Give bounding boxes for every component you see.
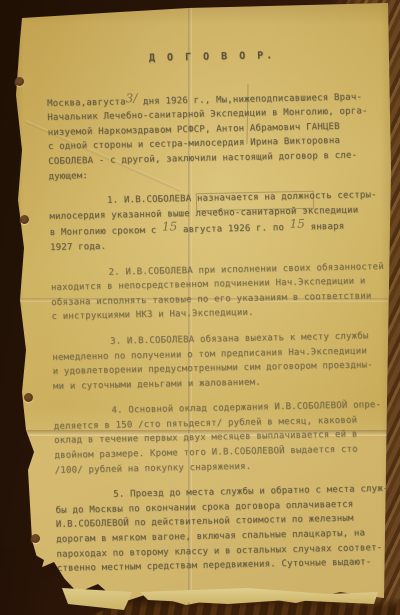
typed-text: января [305,222,345,233]
typed-text: в Монголию сроком с [50,226,163,238]
typed-line: И.В.СОБОЛЕВОЙ по действительной стоимост… [56,511,388,533]
typed-line: Москва,августа3/ дня 1926 г., Мы,нижепод… [47,88,379,112]
typed-line: СОБОЛЕВА - с другой, заключили настоящий… [48,148,380,170]
horizontal-fold-crease-lower [18,430,388,436]
typed-line: дующем: [48,163,380,185]
paragraph-1: 1. И.В.СОБОЛЕВА назначается на должность… [49,188,382,255]
typed-line: 4. Основной оклад содержания И.В.СОБОЛЕВ… [53,398,385,420]
typed-line: обязана исполнять таковые по его указани… [51,289,383,311]
typed-line: двойном размере. Кроме того И.В.СОБОЛЕВО… [54,442,386,464]
typed-line: 3. И.В.СОБОЛЕВА обязана выехать к месту … [52,329,384,351]
typed-line: оклад в течение первых двух месяцев выпл… [54,427,386,449]
typed-line: ственно местным средствам передвижения. … [57,555,389,577]
typed-line: 1. И.В.СОБОЛЕВА назначается на должность… [49,188,381,210]
typed-line: Начальник Лечебно-санитарной Экспедиции … [47,104,379,126]
typed-line: находится в непосредственном подчинении … [51,274,383,296]
pencil-annotation-box [196,191,314,211]
typed-line: и удовлетворении предусмотренными сим до… [53,358,385,380]
typed-line: в Монголию сроком с 15 августа 1926 г. п… [50,217,382,241]
photo-background: Д О Г О В О Р. Москва,августа3/ дня 1926… [0,0,400,615]
typed-line: пароходах по второму классу и в остальны… [56,541,388,563]
typed-text: Москва,августа [47,97,126,109]
typed-line: 2. И.В.СОБОЛЕВА при исполнении своих обя… [50,260,382,282]
horizontal-fold-crease-middle [18,298,388,302]
handwritten-end-date: 15 [290,217,306,231]
punch-hole [15,77,24,86]
paragraph-3: 3. И.В.СОБОЛЕВА обязана выехать к месту … [52,329,385,394]
pencil-annotation-line [246,84,248,144]
typed-line: 1927 года. [50,234,382,256]
document-title: Д О Г О В О Р. [46,47,378,69]
punch-hole [31,534,40,543]
typed-line: деляется в 150 /сто пятьдесят/ рублей в … [54,413,386,435]
typed-line: низуемой Наркомздравом РСФСР, Антон Абра… [48,119,380,141]
typed-line: бы до Москвы по окончании срока договора… [55,497,387,519]
typed-text: дня 1926 г., Мы,нижеподписавшиеся Врач- [137,92,362,107]
paragraph-4: 4. Основной оклад содержания И.В.СОБОЛЕВ… [53,398,386,478]
typed-line: милосердия указанной выше лечебно-санита… [49,203,381,225]
vertical-fold-crease [188,2,192,606]
typewritten-text-block: Д О Г О В О Р. Москва,августа3/ дня 1926… [46,47,389,588]
typed-line: /100/ рублей на покупку снаряжения. [55,457,387,479]
paragraph-5: 5. Проезд до места службы и обратно с ме… [55,482,389,576]
handwritten-start-date: 15 [162,220,178,234]
typed-text: августа 1926 г. по [177,223,290,235]
typed-line: 5. Проезд до места службы и обратно с ме… [55,482,387,504]
document-paper: Д О Г О В О Р. Москва,августа3/ дня 1926… [0,0,400,615]
punch-hole [24,393,33,402]
typed-line: с инструкциями НКЗ и Нач.Экспедиции. [51,303,383,325]
punch-hole [20,215,29,224]
handwritten-day-number: 3/ [125,91,137,105]
paragraph-intro: Москва,августа3/ дня 1926 г., Мы,нижепод… [47,88,381,184]
typed-line: с одной стороны и сестра-милосердия Ирин… [48,133,380,155]
diagonal-crease [25,120,182,192]
typed-line: ми и суточными деньгами и жалованием. [53,373,385,395]
paragraph-2: 2. И.В.СОБОЛЕВА при исполнении своих обя… [50,260,383,325]
typed-line: дорогам в мягком вагоне, включая спальны… [56,526,388,548]
typed-line: немедленно по получении о том предписани… [52,343,384,365]
